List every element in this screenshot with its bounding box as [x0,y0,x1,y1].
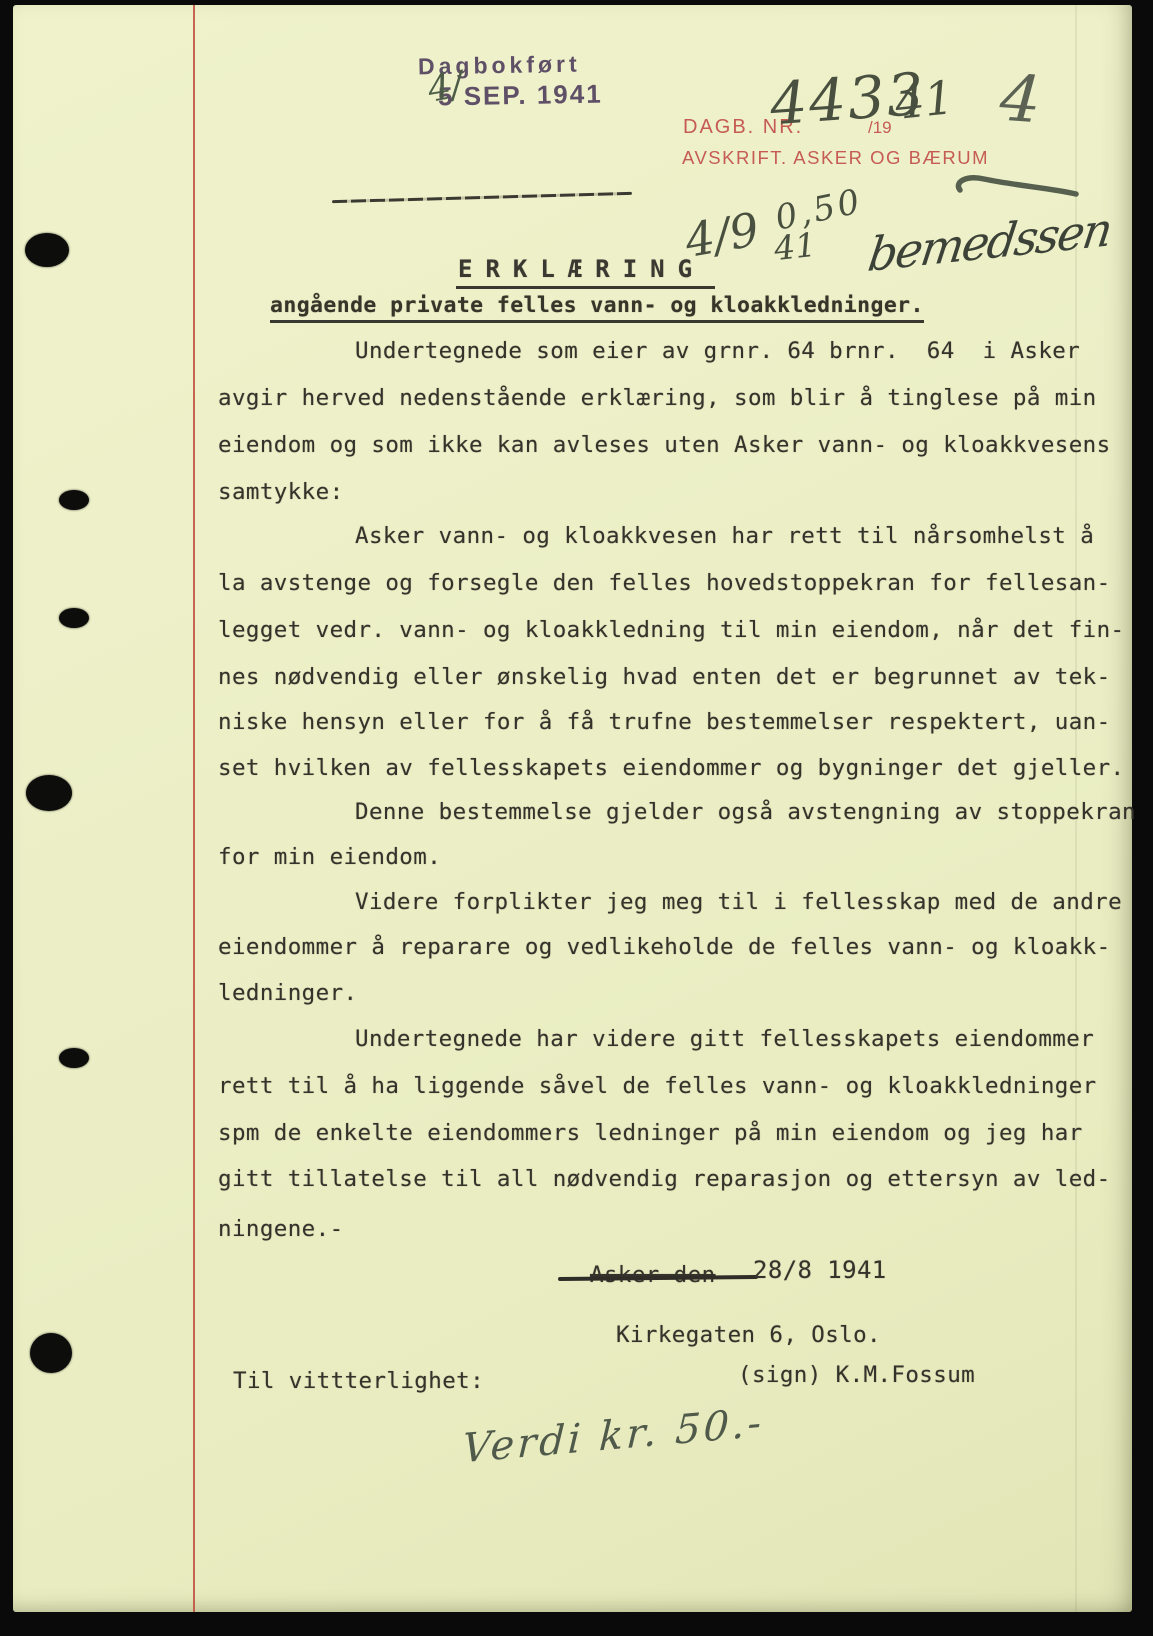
body-line: spm de enkelte eiendommers ledninger på … [218,1120,1083,1146]
punch-hole [59,490,89,510]
date-correction-handwritten: 4/ [425,64,467,110]
body-line: eiendommer å reparare og vedlikeholde de… [218,934,1111,960]
paper-sheet: Dagbokført 5 SEP. 1941 4/ DAGB. NR. 4433… [13,5,1132,1612]
punch-hole [25,233,69,267]
body-line: niske hensyn eller for å få trufne beste… [218,709,1111,735]
body-line: for min eiendom. [218,844,441,870]
closing-address: Kirkegaten 6, Oslo. [616,1322,881,1348]
body-line: ledninger. [218,980,357,1006]
journal-divider: /19 [868,118,892,138]
date-year-handwritten: 41 [772,225,818,268]
underline-swoosh [950,168,1082,200]
journal-year-handwritten: 41 [892,70,956,130]
scanned-document-page: Dagbokført 5 SEP. 1941 4/ DAGB. NR. 4433… [0,0,1153,1636]
body-line: set hvilken av fellesskapets eiendommer … [218,755,1125,781]
page-number-pencil: 4 [997,62,1043,139]
body-line: Videre forplikter jeg meg til i fellessk… [218,889,1122,915]
red-margin-line [193,5,195,1612]
body-line: avgir herved nedenstående erklæring, som… [218,385,1097,411]
document-subtitle: angående private felles vann- og kloakkl… [270,293,924,323]
body-line: Denne bestemmelse gjelder også avstengni… [218,799,1136,825]
punch-hole [59,608,89,628]
body-line: ningene.- [218,1216,344,1242]
punch-hole [30,1333,72,1373]
body-line: la avstenge og forsegle den felles hoved… [218,570,1111,596]
signed-name: (sign) K.M.Fossum [738,1362,975,1388]
body-line: nes nødvendig eller ønskelig hvad enten … [218,664,1111,690]
body-line: samtykke: [218,479,344,505]
value-note-handwritten: Verdi kr. 50.- [461,1400,765,1473]
closing-date: 28/8 1941 [753,1256,887,1284]
body-line: Undertegnede som eier av grnr. 64 brnr. … [218,338,1080,364]
punch-hole [26,775,72,811]
scribble-line [332,192,632,203]
witness-label: Til vittterlighet: [233,1368,484,1394]
body-line: gitt tillatelse til all nødvendig repara… [218,1166,1111,1192]
body-line: Undertegnede har videre gitt fellesskape… [218,1026,1094,1052]
body-line: legget vedr. vann- og kloakkledning til … [218,617,1125,643]
punch-hole [59,1048,89,1068]
body-line: rett til å ha liggende såvel de felles v… [218,1073,1097,1099]
avskrift-stamp: AVSKRIFT. ASKER OG BÆRUM [682,147,989,169]
document-title: ERKLÆRING [456,255,715,289]
body-line: Asker vann- og kloakkvesen har rett til … [218,523,1094,549]
body-line: eiendom og som ikke kan avleses uten Ask… [218,432,1111,458]
